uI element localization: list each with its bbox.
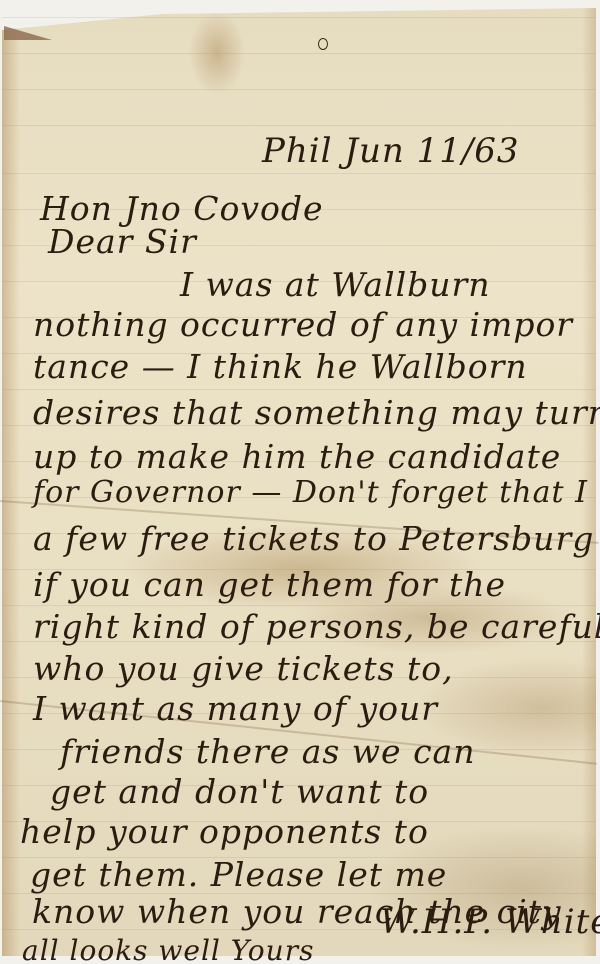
body-line: I want as many of your bbox=[33, 692, 438, 725]
body-line: get and don't want to bbox=[50, 775, 429, 808]
body-line: all looks well Yours bbox=[22, 937, 314, 964]
body-line: help your opponents to bbox=[20, 815, 429, 848]
greeting: Dear Sir bbox=[48, 225, 197, 258]
body-line: for Governor — Don't forget that I want bbox=[33, 478, 600, 508]
signature: W.H.P. White bbox=[380, 905, 600, 939]
body-line: if you can get them for the bbox=[33, 568, 506, 601]
body-line: friends there as we can bbox=[60, 735, 476, 768]
body-line: get them. Please let me bbox=[30, 858, 447, 891]
body-line: nothing occurred of any impor bbox=[33, 308, 573, 341]
body-line: up to make him the candidate bbox=[33, 440, 561, 473]
addressee: Hon Jno Covode bbox=[40, 192, 324, 225]
body-line: tance — I think he Wallborn bbox=[33, 350, 528, 383]
body-line: right kind of persons, be careful bbox=[33, 610, 600, 643]
date-line: Phil Jun 11/63 bbox=[262, 134, 520, 168]
body-line: a few free tickets to Petersburg bbox=[33, 522, 594, 555]
body-line: I was at Wallburn bbox=[180, 268, 491, 301]
body-line: desires that something may turn bbox=[33, 396, 600, 429]
ink-mark bbox=[318, 38, 328, 50]
body-line: who you give tickets to, bbox=[33, 652, 454, 685]
